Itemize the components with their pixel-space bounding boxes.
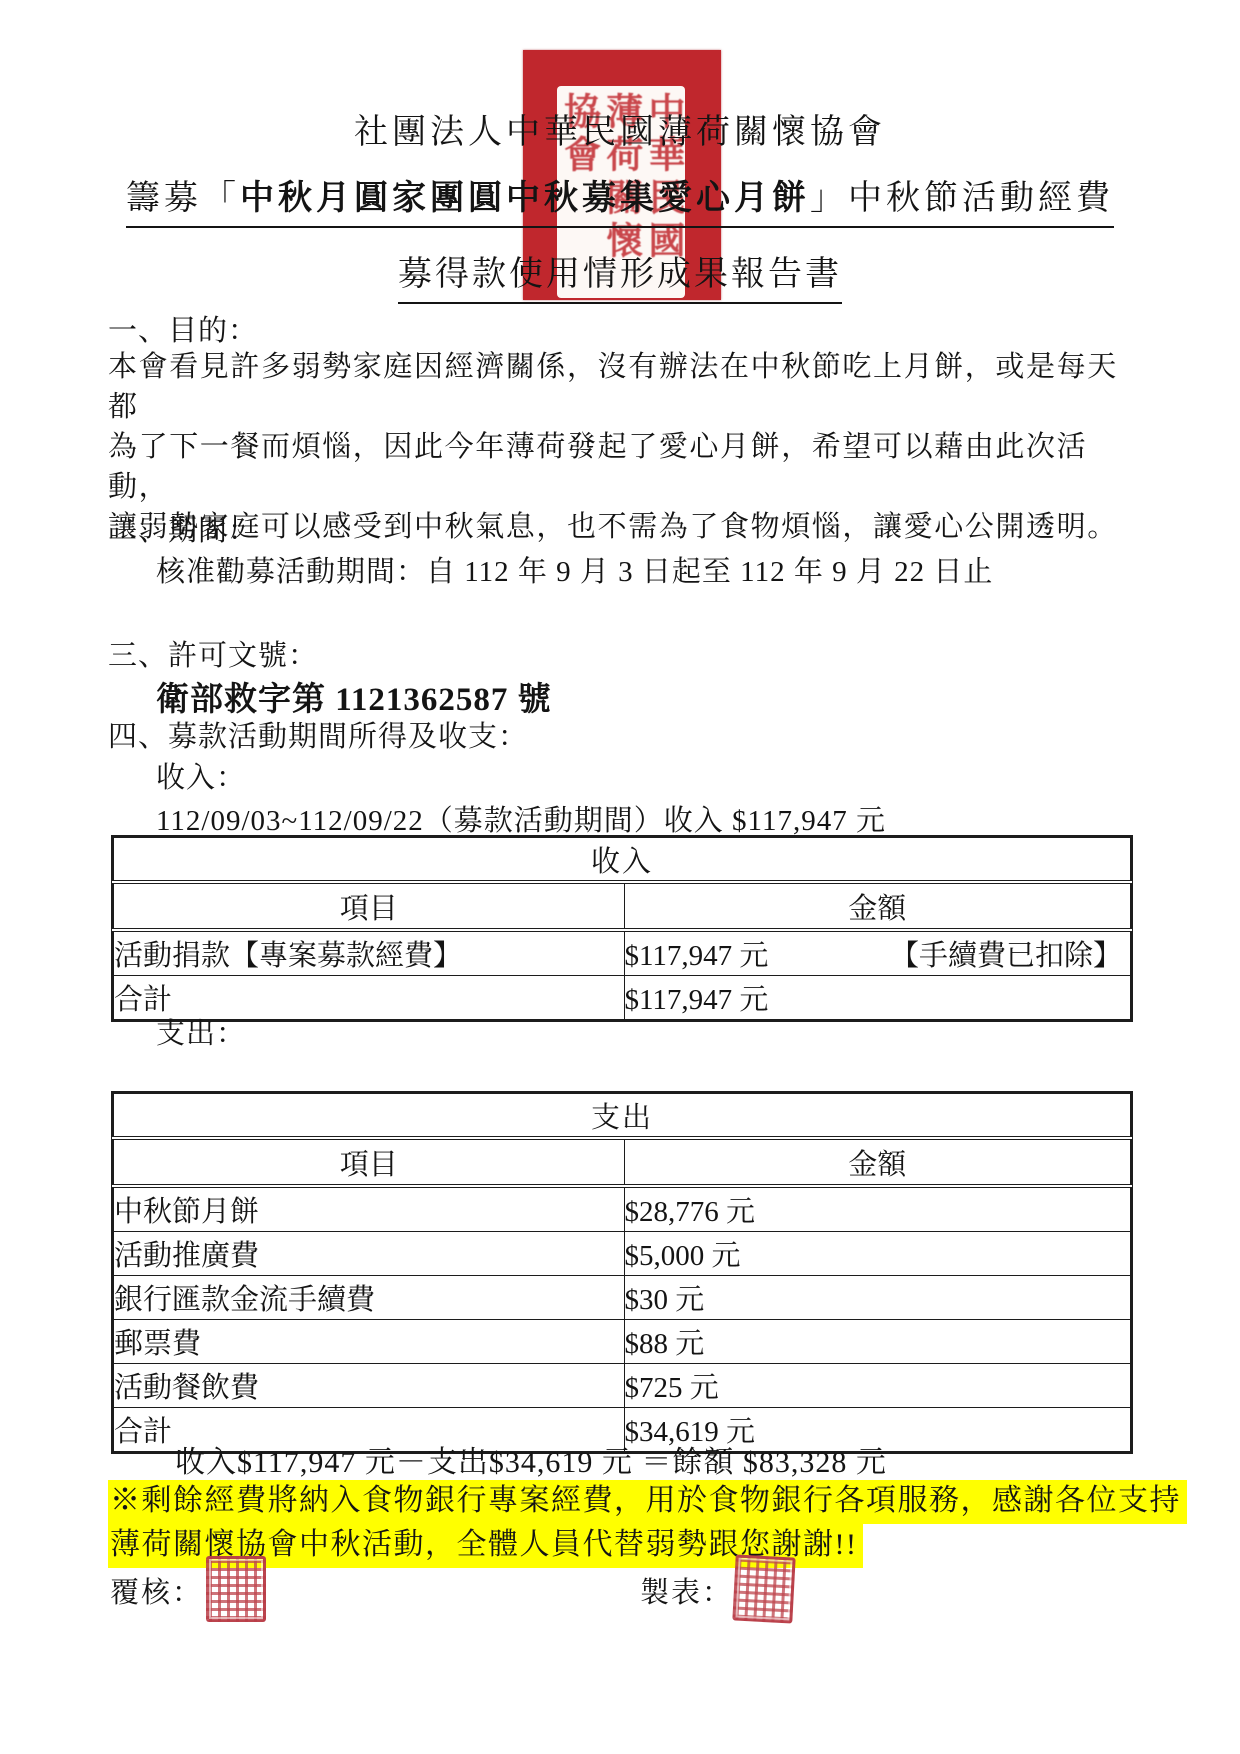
income-table-header-row: 項目 金額 — [113, 882, 1131, 930]
income-amount-value: $117,947 元 — [625, 933, 769, 974]
expense-row-amount: $30 元 — [624, 1276, 1131, 1320]
table-row: 銀行匯款金流手續費 $30 元 — [113, 1276, 1131, 1320]
expense-table: 支出 項目 金額 中秋節月餅 $28,776 元 活動推廣費 $5,000 元 … — [112, 1092, 1132, 1453]
table-row: 郵票費 $88 元 — [113, 1320, 1131, 1364]
campaign-title-prefix: 籌募「 — [126, 180, 240, 217]
expense-row-amount: $5,000 元 — [624, 1232, 1131, 1276]
expense-row-item: 郵票費 — [113, 1320, 624, 1364]
highlight-note-line-1: ※剩餘經費將納入食物銀行專案經費，用於食物銀行各項服務，感謝各位支持 — [108, 1480, 1187, 1524]
expense-label: 支出： — [156, 1011, 246, 1052]
expense-col-item: 項目 — [113, 1138, 624, 1186]
campaign-title-bold: 中秋月圓家團圓中秋募集愛心月餅 — [240, 180, 810, 217]
report-subtitle: 募得款使用情形成果報告書 — [0, 246, 1240, 304]
table-row: 中秋節月餅 $28,776 元 — [113, 1186, 1131, 1232]
campaign-title-suffix: 」中秋節活動經費 — [810, 180, 1114, 217]
expense-col-amount: 金額 — [624, 1138, 1131, 1186]
expense-row-amount: $725 元 — [624, 1364, 1131, 1408]
permit-number: 衛部救字第 1121362587 號 — [156, 673, 552, 720]
finance-heading: 四、募款活動期間所得及收支： — [108, 714, 528, 755]
income-table: 收入 項目 金額 活動捐款【專案募款經費】 $117,947 元 【手續費已扣除… — [112, 836, 1132, 1021]
income-summary: 112/09/03~112/09/22（募款活動期間）收入 $117,947 元 — [156, 798, 886, 839]
expense-table-header-row: 項目 金額 — [113, 1138, 1131, 1186]
expense-row-item: 活動餐飲費 — [113, 1364, 624, 1408]
org-name-title: 社團法人中華民國薄荷關懷協會 — [0, 104, 1240, 153]
expense-row-item: 銀行匯款金流手續費 — [113, 1276, 624, 1320]
balance-summary-line: 收入$117,947 元－支出$34,619 元 ＝餘額 $83,328 元 — [175, 1437, 887, 1481]
table-row: 活動捐款【專案募款經費】 $117,947 元 【手續費已扣除】 — [113, 930, 1131, 976]
table-row: 活動推廣費 $5,000 元 — [113, 1232, 1131, 1276]
purpose-line-2: 為了下一餐而煩惱，因此今年薄荷發起了愛心月餅，希望可以藉由此次活動， — [108, 427, 1138, 507]
permit-heading: 三、許可文號： — [108, 633, 318, 674]
income-label: 收入： — [156, 755, 246, 796]
expense-table-title-row: 支出 — [113, 1093, 1131, 1138]
income-col-item: 項目 — [113, 882, 624, 930]
income-amount-note: 【手續費已扣除】 — [890, 933, 1122, 974]
expense-table-title: 支出 — [113, 1093, 1131, 1138]
income-table-title-row: 收入 — [113, 837, 1131, 882]
report-page: 中華民國薄荷關懷協會 社團法人中華民國薄荷關懷協會 籌募「中秋月圓家團圓中秋募集… — [0, 0, 1240, 1754]
period-heading: 二、期間： — [108, 508, 258, 549]
prepare-label: 製表： — [640, 1570, 733, 1611]
campaign-title: 籌募「中秋月圓家團圓中秋募集愛心月餅」中秋節活動經費 — [0, 170, 1240, 228]
period-body: 核准勸募活動期間：自 112 年 9 月 3 日起至 112 年 9 月 22 … — [156, 549, 993, 590]
reviewer-stamp-icon — [206, 1556, 266, 1622]
highlight-note: ※剩餘經費將納入食物銀行專案經費，用於食物銀行各項服務，感謝各位支持 薄荷關懷協… — [108, 1480, 1187, 1568]
income-table-title: 收入 — [113, 837, 1131, 882]
expense-row-amount: $28,776 元 — [624, 1186, 1131, 1232]
purpose-line-3: 讓弱勢家庭可以感受到中秋氣息，也不需為了食物煩惱，讓愛心公開透明。 — [108, 507, 1138, 547]
income-row-amount: $117,947 元 【手續費已扣除】 — [624, 930, 1131, 976]
income-col-amount: 金額 — [624, 882, 1131, 930]
expense-row-amount: $88 元 — [624, 1320, 1131, 1364]
purpose-heading: 一、目的： — [108, 308, 258, 349]
expense-row-item: 中秋節月餅 — [113, 1186, 624, 1232]
preparer-stamp-icon — [732, 1554, 795, 1623]
table-row: 合計 $117,947 元 — [113, 976, 1131, 1021]
review-label: 覆核： — [110, 1570, 203, 1611]
income-row-item: 活動捐款【專案募款經費】 — [113, 930, 624, 976]
income-total-amount: $117,947 元 — [624, 976, 1131, 1021]
purpose-line-1: 本會看見許多弱勢家庭因經濟關係，沒有辦法在中秋節吃上月餅，或是每天都 — [108, 347, 1138, 427]
expense-row-item: 活動推廣費 — [113, 1232, 624, 1276]
purpose-paragraph: 本會看見許多弱勢家庭因經濟關係，沒有辦法在中秋節吃上月餅，或是每天都 為了下一餐… — [108, 347, 1138, 547]
table-row: 活動餐飲費 $725 元 — [113, 1364, 1131, 1408]
